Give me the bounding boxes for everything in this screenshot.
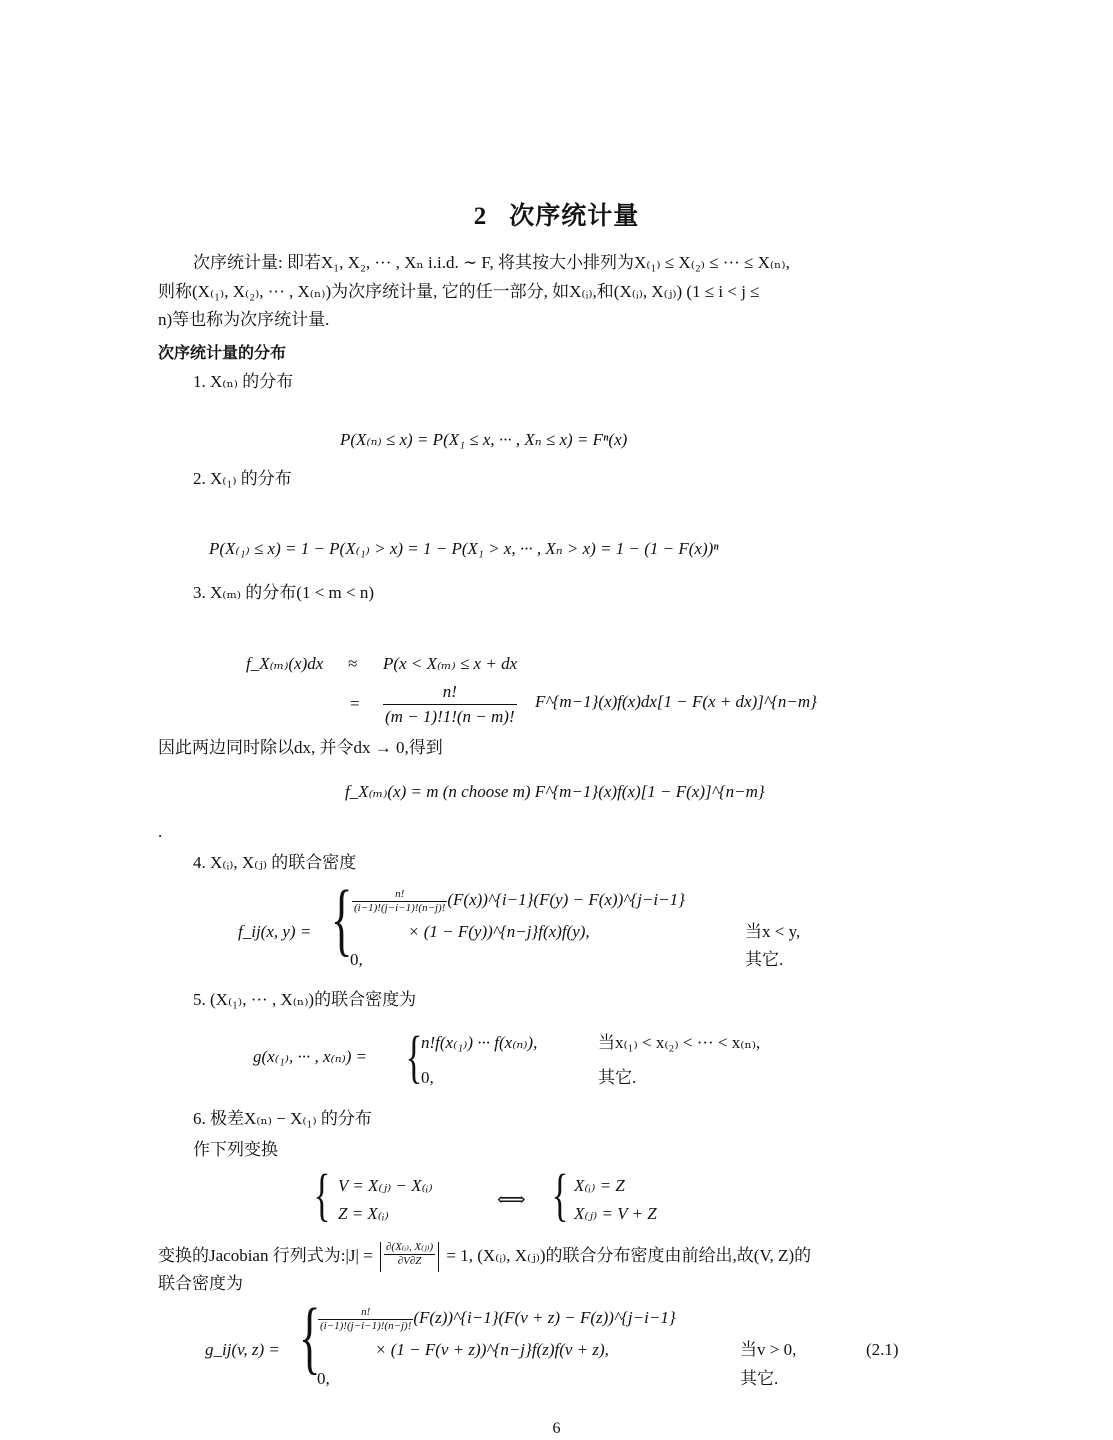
item-3-frac-num: n!	[383, 680, 517, 705]
item-6-transform-intro: 作下列变换	[193, 1138, 278, 1162]
item-6-case2-cond: 其它.	[740, 1367, 778, 1391]
page-number: 6	[0, 1420, 1113, 1438]
item-6-lhs: g_ij(v, z) =	[205, 1338, 280, 1362]
equation-number: (2.1)	[866, 1338, 899, 1362]
jacobian-suffix: = 1, (X₍ᵢ₎, X₍ⱼ₎)的联合分布密度由前给出,故(V, Z)的	[446, 1246, 811, 1265]
item-4-case1-tail: (F(x))^{i−1}(F(y) − F(x))^{j−i−1}	[447, 890, 685, 909]
item-6-label: 6. 极差X₍ₙ₎ − X₍₁₎ 的分布	[193, 1107, 372, 1131]
section-title: 2次序统计量	[0, 196, 1113, 232]
jacobian-line: 变换的Jacobian 行列式为:|J| = ∂(X₍ᵢ₎, X₍ⱼ₎) ∂V∂…	[158, 1242, 811, 1272]
item-3-conclusion: 因此两边同时除以dx, 并令dx → 0,得到	[158, 736, 443, 760]
item-6-case2-value: 0,	[317, 1367, 330, 1391]
item-5-case1-cond: 当x₍₁₎ < x₍₂₎ < ··· < x₍ₙ₎,	[598, 1031, 760, 1055]
item-5-lhs: g(x₍₁₎, ··· , x₍ₙ₎) =	[253, 1045, 367, 1069]
section-number: 2	[474, 203, 488, 230]
item-6-case1-cond: 当v > 0,	[740, 1338, 796, 1362]
item-6-case1-line2: × (1 − F(v + z))^{n−j}f(z)f(v + z),	[375, 1338, 609, 1362]
item-3-trailing-dot: .	[158, 820, 162, 844]
item-2-label: 2. X₍₁₎ 的分布	[193, 467, 292, 491]
item-1-equation: P(X₍ₙ₎ ≤ x) = P(X₁ ≤ x, ··· , Xₙ ≤ x) = …	[340, 428, 627, 452]
item-4-frac-den: (i−1)!(j−i−1)!(n−j)!	[352, 902, 447, 915]
jacobian-line-2: 联合密度为	[158, 1272, 243, 1296]
jacobian-num: ∂(X₍ᵢ₎, X₍ⱼ₎)	[384, 1241, 435, 1255]
iff-arrow: ⟺	[497, 1188, 526, 1212]
item-4-lhs: f_ij(x, y) =	[238, 920, 311, 944]
left-brace-icon: {	[406, 1028, 423, 1086]
section-title-text: 次序统计量	[509, 203, 639, 230]
item-5-case2-cond: 其它.	[598, 1066, 636, 1090]
determinant-bar	[438, 1242, 439, 1272]
intro-line-1: 次序统计量: 即若X₁, X₂, ··· , Xₙ i.i.d. ∼ F, 将其…	[193, 251, 790, 275]
item-6-left-sys-1: V = X₍ⱼ₎ − X₍ᵢ₎	[338, 1174, 433, 1198]
item-6-frac-den: (i−1)!(j−i−1)!(n−j)!	[318, 1320, 413, 1333]
item-3-eq-rel2: =	[350, 692, 360, 716]
item-3-eq-rhs1: P(x < X₍ₘ₎ ≤ x + dx	[383, 652, 517, 676]
subsection-heading: 次序统计量的分布	[158, 340, 286, 363]
item-3-eq-lhs: f_X₍ₘ₎(x)dx	[246, 652, 323, 676]
intro-line-3: n)等也称为次序统计量.	[158, 308, 329, 332]
item-1-label: 1. X₍ₙ₎ 的分布	[193, 370, 293, 394]
left-brace-icon: {	[314, 1166, 331, 1224]
item-3-label: 3. X₍ₘ₎ 的分布(1 < m < n)	[193, 581, 374, 605]
jacobian-prefix: 变换的Jacobian 行列式为:|J| =	[158, 1246, 373, 1265]
item-6-case1-tail: (F(z))^{i−1}(F(v + z) − F(z))^{j−i−1}	[413, 1308, 675, 1327]
item-5-case1-value: n!f(x₍₁₎) ··· f(x₍ₙ₎),	[421, 1031, 537, 1055]
left-brace-icon: {	[552, 1166, 569, 1224]
intro-line-2: 则称(X₍₁₎, X₍₂₎, ··· , X₍ₙ₎)为次序统计量, 它的任一部分…	[158, 280, 760, 304]
item-6-right-sys-1: X₍ᵢ₎ = Z	[574, 1174, 625, 1198]
item-4-label: 4. X₍ᵢ₎, X₍ⱼ₎ 的联合密度	[193, 851, 356, 875]
item-4-case1-cond: 当x < y,	[745, 920, 800, 944]
determinant-bar	[380, 1242, 381, 1272]
item-3-eq-rel1: ≈	[348, 652, 357, 676]
item-4-frac-num: n!	[352, 888, 447, 902]
jacobian-den: ∂V∂Z	[384, 1255, 435, 1268]
item-4-case1-line2: × (1 − F(y))^{n−j}f(x)f(y),	[408, 920, 590, 944]
item-6-frac-num: n!	[318, 1306, 413, 1320]
item-5-label: 5. (X₍₁₎, ··· , X₍ₙ₎)的联合密度为	[193, 988, 416, 1012]
item-3-frac-den: (m − 1)!1!(n − m)!	[383, 705, 517, 729]
item-3-result: f_X₍ₘ₎(x) = m (n choose m) F^{m−1}(x)f(x…	[345, 780, 765, 804]
item-6-right-sys-2: X₍ⱼ₎ = V + Z	[574, 1202, 657, 1226]
item-3-eq-rhs2-tail: F^{m−1}(x)f(x)dx[1 − F(x + dx)]^{n−m}	[535, 690, 817, 714]
item-6-case1-line1: n! (i−1)!(j−i−1)!(n−j)! (F(z))^{i−1}(F(v…	[318, 1306, 676, 1333]
item-4-case1-line1: n! (i−1)!(j−i−1)!(n−j)! (F(x))^{i−1}(F(y…	[352, 888, 685, 915]
item-2-equation: P(X₍₁₎ ≤ x) = 1 − P(X₍₁₎ > x) = 1 − P(X₁…	[209, 537, 719, 561]
item-4-case2-value: 0,	[350, 948, 363, 972]
item-5-case2-value: 0,	[421, 1066, 434, 1090]
item-3-fraction: n! (m − 1)!1!(n − m)!	[383, 680, 517, 729]
item-4-case2-cond: 其它.	[745, 948, 783, 972]
item-6-left-sys-2: Z = X₍ᵢ₎	[338, 1202, 389, 1226]
